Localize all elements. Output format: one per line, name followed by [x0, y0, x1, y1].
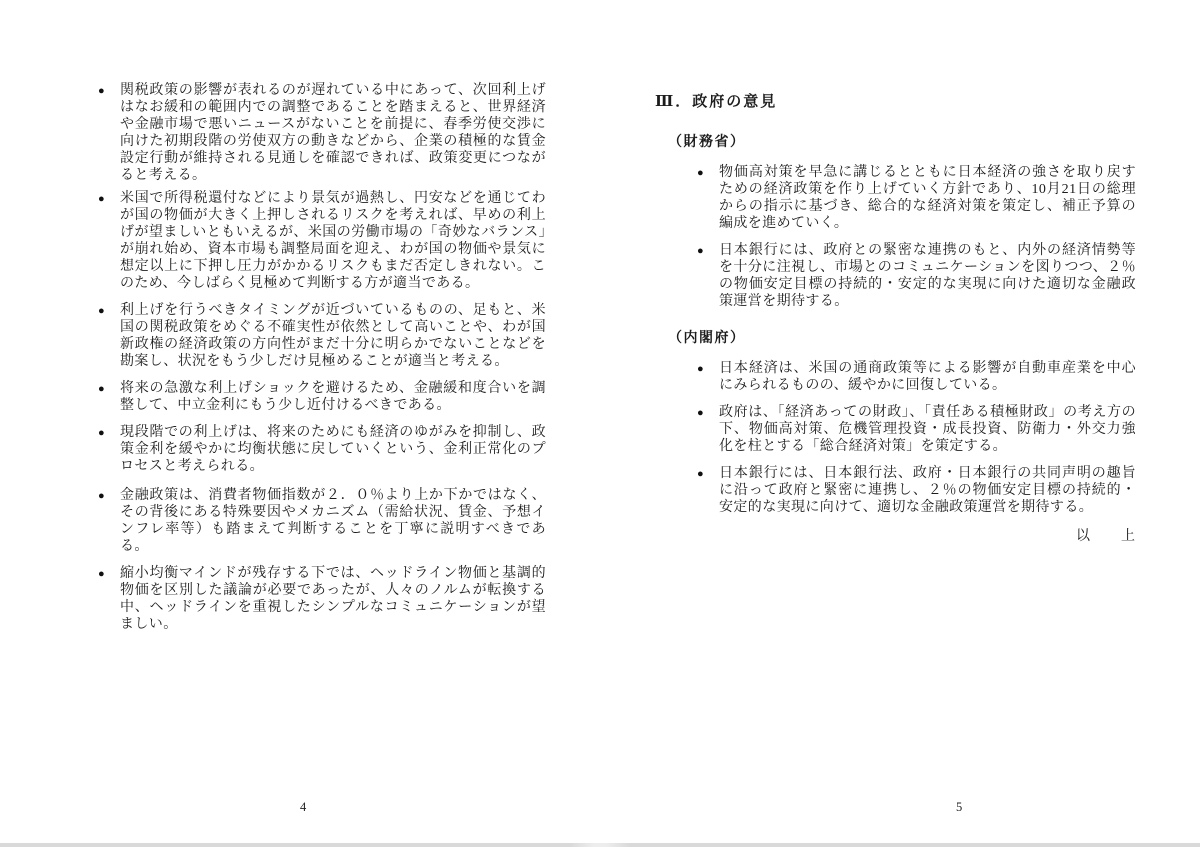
bullet-icon: ● — [98, 487, 120, 555]
bullet-icon: ● — [98, 380, 120, 414]
ministry-of-finance-bullets: ● 物価高対策を早急に講じるとともに日本経済の強さを取り戻すための経済政策を作り… — [655, 164, 1136, 310]
opinion-text: 政府は、「経済あっての財政」、「責任ある積極財政」の考え方の下、物価高対策、危機… — [719, 404, 1136, 455]
bullet-icon: ● — [697, 404, 719, 455]
right-page-government-opinions: Ⅲ．政府の意見 （財務省） ● 物価高対策を早急に講じるとともに日本経済の強さを… — [655, 92, 1136, 545]
opinion-text: 日本銀行には、政府との緊密な連携のもと、内外の経済情勢等を十分に注視し、市場との… — [719, 242, 1136, 310]
opinion-bullet: ● 日本経済は、米国の通商政策等による影響が自動車産業を中心にみられるものの、緩… — [697, 360, 1136, 394]
opinion-text: 米国で所得税還付などにより景気が過熱し、円安などを通じてわが国の物価が大きく上押… — [120, 190, 546, 292]
opinion-bullet: ● 利上げを行うべきタイミングが近づいているものの、足もと、米国の関税政策をめぐ… — [98, 302, 546, 370]
page-number-right: 5 — [956, 800, 962, 814]
left-page-opinion-list: ● 関税政策の影響が表れるのが遅れている中にあって、次回利上げはなお緩和の範囲内… — [98, 82, 546, 643]
bullet-icon: ● — [98, 302, 120, 370]
opinion-bullet: ● 物価高対策を早急に講じるとともに日本経済の強さを取り戻すための経済政策を作り… — [697, 164, 1136, 232]
opinion-bullet: ● 縮小均衡マインドが残存する下では、ヘッドライン物価と基調的物価を区別した議論… — [98, 565, 546, 633]
opinion-text: 縮小均衡マインドが残存する下では、ヘッドライン物価と基調的物価を区別した議論が必… — [120, 565, 546, 633]
ministry-of-finance-label: （財務省） — [668, 134, 1136, 152]
cabinet-office-label: （内閣府） — [668, 330, 1136, 348]
cabinet-office-bullets: ● 日本経済は、米国の通商政策等による影響が自動車産業を中心にみられるものの、緩… — [655, 360, 1136, 516]
opinion-bullet: ● 日本銀行には、日本銀行法、政府・日本銀行の共同声明の趣旨に沿って政府と緊密に… — [697, 465, 1136, 516]
bullet-icon: ● — [98, 82, 120, 184]
opinion-text: 将来の急激な利上げショックを避けるため、金融緩和度合いを調整して、中立金利にもう… — [120, 380, 546, 414]
opinion-text: 利上げを行うべきタイミングが近づいているものの、足もと、米国の関税政策をめぐる不… — [120, 302, 546, 370]
opinion-bullet: ● 現段階での利上げは、将来のためにも経済のゆがみを抑制し、政策金利を緩やかに均… — [98, 424, 546, 475]
opinion-text: 日本銀行には、日本銀行法、政府・日本銀行の共同声明の趣旨に沿って政府と緊密に連携… — [719, 465, 1136, 516]
bullet-icon: ● — [697, 242, 719, 310]
opinion-bullet: ● 金融政策は、消費者物価指数が２．０％より上か下かではなく、その背後にある特殊… — [98, 487, 546, 555]
page-number-left: 4 — [300, 800, 306, 814]
bullet-icon: ● — [98, 190, 120, 292]
opinion-bullet: ● 将来の急激な利上げショックを避けるため、金融緩和度合いを調整して、中立金利に… — [98, 380, 546, 414]
opinion-bullet: ● 関税政策の影響が表れるのが遅れている中にあって、次回利上げはなお緩和の範囲内… — [98, 82, 546, 184]
opinion-text: 金融政策は、消費者物価指数が２．０％より上か下かではなく、その背後にある特殊要因… — [120, 487, 546, 555]
opinion-bullet: ● 政府は、「経済あっての財政」、「責任ある積極財政」の考え方の下、物価高対策、… — [697, 404, 1136, 455]
bullet-icon: ● — [98, 565, 120, 633]
bullet-icon: ● — [697, 164, 719, 232]
opinion-text: 関税政策の影響が表れるのが遅れている中にあって、次回利上げはなお緩和の範囲内での… — [120, 82, 546, 184]
bullet-icon: ● — [98, 424, 120, 475]
opinion-bullet: ● 米国で所得税還付などにより景気が過熱し、円安などを通じてわが国の物価が大きく… — [98, 190, 546, 292]
opinion-bullet: ● 日本銀行には、政府との緊密な連携のもと、内外の経済情勢等を十分に注視し、市場… — [697, 242, 1136, 310]
bullet-icon: ● — [697, 360, 719, 394]
section-heading: Ⅲ．政府の意見 — [655, 92, 1136, 112]
bullet-icon: ● — [697, 465, 719, 516]
opinion-text: 物価高対策を早急に講じるとともに日本経済の強さを取り戻すための経済政策を作り上げ… — [719, 164, 1136, 232]
closing-ijou: 以 上 — [655, 528, 1136, 545]
scan-edge — [0, 843, 1200, 847]
opinion-text: 日本経済は、米国の通商政策等による影響が自動車産業を中心にみられるものの、緩やか… — [719, 360, 1136, 394]
opinion-text: 現段階での利上げは、将来のためにも経済のゆがみを抑制し、政策金利を緩やかに均衡状… — [120, 424, 546, 475]
